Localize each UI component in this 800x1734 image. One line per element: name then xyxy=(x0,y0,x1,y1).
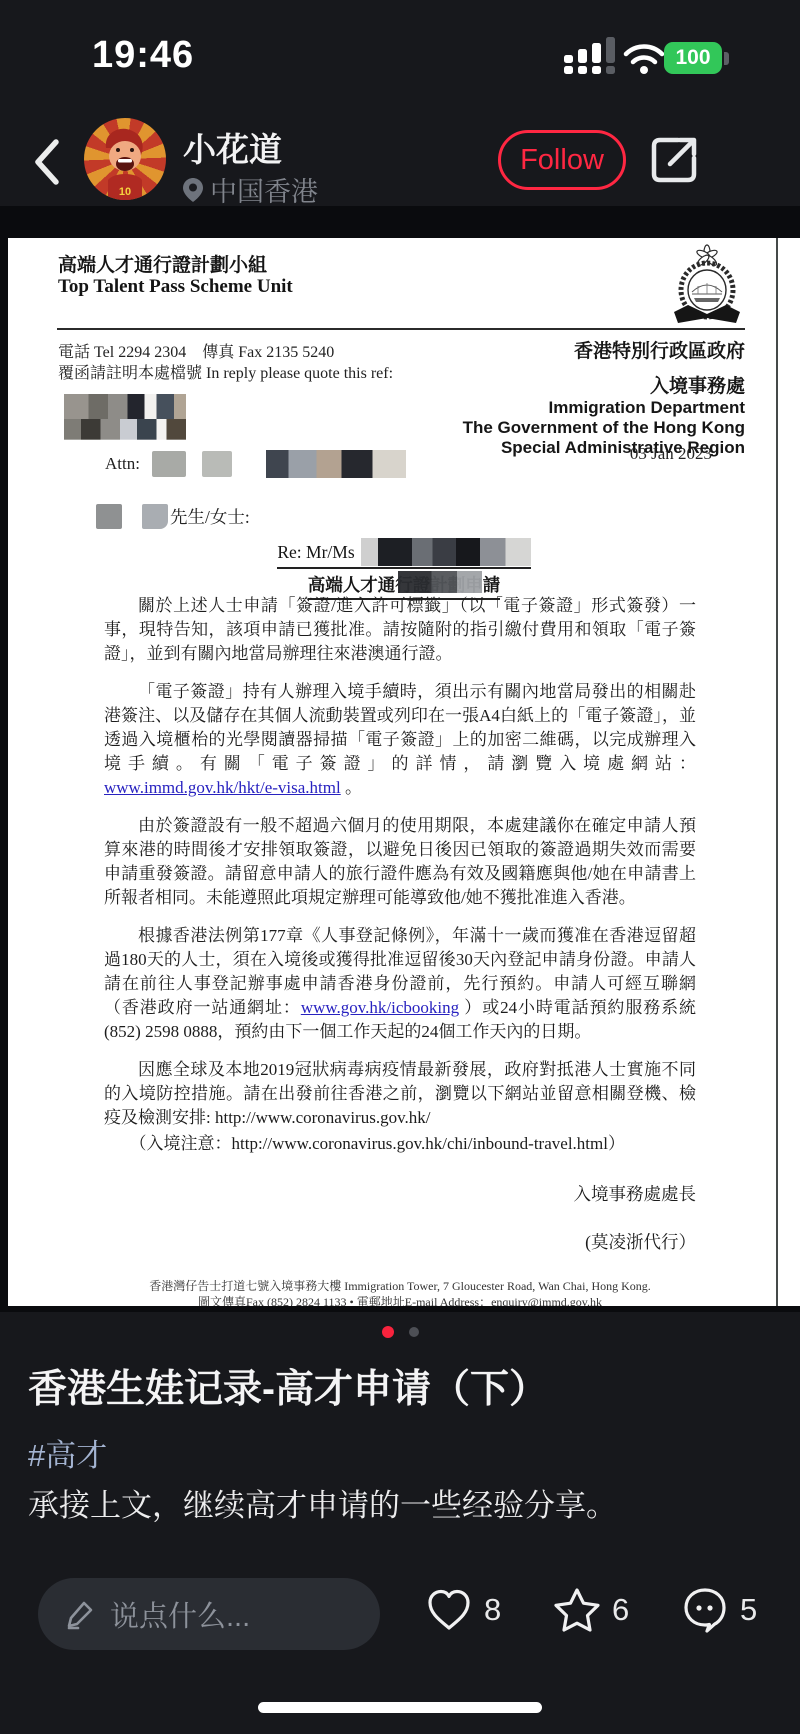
battery-indicator: 100 xyxy=(664,42,729,74)
redacted-attn-name xyxy=(266,450,406,478)
redacted-attn-2 xyxy=(202,451,232,477)
star-icon xyxy=(552,1586,602,1634)
attn-label: Attn: xyxy=(105,454,140,474)
wifi-icon xyxy=(622,42,666,81)
status-time: 19:46 xyxy=(92,34,194,77)
favorite-button[interactable]: 6 xyxy=(552,1586,629,1634)
like-button[interactable]: 8 xyxy=(424,1586,501,1634)
letter-footer-address: 香港灣仔告士打道七號入境事務大樓 Immigration Tower, 7 Gl… xyxy=(104,1278,696,1294)
letter-inbound-note: （入境注意：http://www.coronavirus.gov.hk/chi/… xyxy=(104,1132,696,1156)
re-block: Re: Mr/Ms 高端人才通行證計劃申請 xyxy=(8,538,800,600)
share-icon[interactable] xyxy=(650,134,700,184)
user-location: 中国香港 xyxy=(182,170,318,209)
comment-input[interactable]: 说点什么... xyxy=(38,1578,380,1650)
pagination-dot xyxy=(409,1327,419,1337)
letter-footer-fax-email: 圖文傳真Fax (852) 2824 1133 • 電郵地址E-mail Add… xyxy=(104,1294,696,1306)
avatar[interactable]: 10 xyxy=(84,118,166,200)
post-title: 香港生娃记录-高才申请（下） xyxy=(28,1358,548,1414)
letterhead-divider xyxy=(57,328,745,330)
letter-date: 03 Jan 2023 xyxy=(630,444,712,464)
salutation-label: 先生/女士: xyxy=(170,504,250,529)
signoff-title: 入境事務處處長 xyxy=(104,1182,696,1206)
redacted-subject-overlay xyxy=(398,571,482,593)
favorite-count: 6 xyxy=(612,1592,629,1628)
letter-page: 高端人才通行證計劃小組 Top Talent Pass Scheme Unit xyxy=(8,238,800,1306)
svg-text:10: 10 xyxy=(119,186,131,198)
redacted-ref-number xyxy=(64,394,186,440)
letter-paragraph-1: 關於上述人士申請「簽證/進入許可標籤」（以「電子簽證」形式簽發）一事，現特告知，… xyxy=(104,594,696,666)
comment-count: 5 xyxy=(740,1592,757,1628)
redacted-attn-1 xyxy=(152,451,186,477)
follow-button[interactable]: Follow xyxy=(498,130,626,190)
app-screen: 19:46 100 10 小花道 xyxy=(0,0,800,1734)
ref-line: 覆函請註明本處檔號 In reply please quote this ref… xyxy=(58,363,393,384)
location-pin-icon xyxy=(182,177,204,203)
redacted-applicant-name xyxy=(361,538,531,566)
post-hashtag[interactable]: #高才 xyxy=(28,1430,107,1475)
comment-bubble-icon xyxy=(680,1586,730,1634)
gov-title-zh: 香港特別行政區政府 xyxy=(463,336,745,363)
dept-title-zh: 入境事務處 xyxy=(463,371,745,398)
battery-nub xyxy=(724,52,729,65)
tel-fax-line: 電話 Tel 2294 2304 傳真 Fax 2135 5240 xyxy=(58,342,393,363)
salutation-row: 先生/女士: xyxy=(96,504,250,529)
carousel-pagination xyxy=(0,1326,800,1338)
pagination-dot-active xyxy=(382,1326,394,1338)
letter-paragraph-5: 因應全球及本地2019冠狀病毒病疫情最新發展，政府對抵港人士實施不同的入境防控措… xyxy=(104,1058,696,1130)
evisa-link: www.immd.gov.hk/hkt/e-visa.html xyxy=(104,778,341,797)
signoff-actor: (莫凌浙代行） xyxy=(104,1230,696,1254)
cellular-signal-icon xyxy=(564,44,615,74)
page-edge-line xyxy=(776,238,778,1306)
username[interactable]: 小花道 xyxy=(183,124,282,171)
location-label: 中国香港 xyxy=(210,170,318,209)
re-label: Re: Mr/Ms xyxy=(277,542,354,563)
contact-block: 電話 Tel 2294 2304 傳真 Fax 2135 5240 覆函請註明本… xyxy=(58,342,393,440)
redacted-surname-1 xyxy=(96,504,122,529)
redacted-surname-2 xyxy=(142,504,168,529)
back-button[interactable] xyxy=(28,134,68,190)
immigration-department-emblem xyxy=(668,242,746,339)
post-body: 承接上文，继续高才申请的一些经验分享。 xyxy=(28,1480,617,1525)
government-block: 香港特別行政區政府 入境事務處 Immigration Department T… xyxy=(463,336,745,458)
battery-percent: 100 xyxy=(664,42,722,74)
post-image-letter[interactable]: 高端人才通行證計劃小組 Top Talent Pass Scheme Unit xyxy=(0,206,800,1312)
letter-paragraph-4: 根據香港法例第177章《人事登記條例》，年滿十一歲而獲准在香港逗留超過180天的… xyxy=(104,924,696,1044)
pencil-icon xyxy=(64,1598,96,1630)
icbooking-link: www.gov.hk/icbooking xyxy=(301,998,459,1017)
dept-title-en: Immigration Department xyxy=(463,398,745,418)
gov-title-en1: The Government of the Hong Kong xyxy=(463,418,745,438)
letter-paragraph-2: 「電子簽證」持有人辦理入境手續時，須出示有關內地當局發出的相關赴港簽注、以及儲存… xyxy=(104,680,696,800)
comment-button[interactable]: 5 xyxy=(680,1586,757,1634)
letter-unit-title-en: Top Talent Pass Scheme Unit xyxy=(58,276,293,298)
letter-body: 關於上述人士申請「簽證/進入許可標籤」（以「電子簽證」形式簽發）一事，現特告知，… xyxy=(104,594,696,1306)
like-count: 8 xyxy=(484,1592,501,1628)
attn-row: Attn: xyxy=(105,450,406,478)
letter-paragraph-3: 由於簽證設有一般不超過六個月的使用期限，本處建議你在確定申請人預算來港的時間後才… xyxy=(104,814,696,910)
heart-icon xyxy=(424,1586,474,1634)
home-indicator[interactable] xyxy=(258,1702,542,1713)
letter-unit-title-zh: 高端人才通行證計劃小組 xyxy=(58,250,267,277)
comment-placeholder: 说点什么... xyxy=(110,1594,250,1635)
